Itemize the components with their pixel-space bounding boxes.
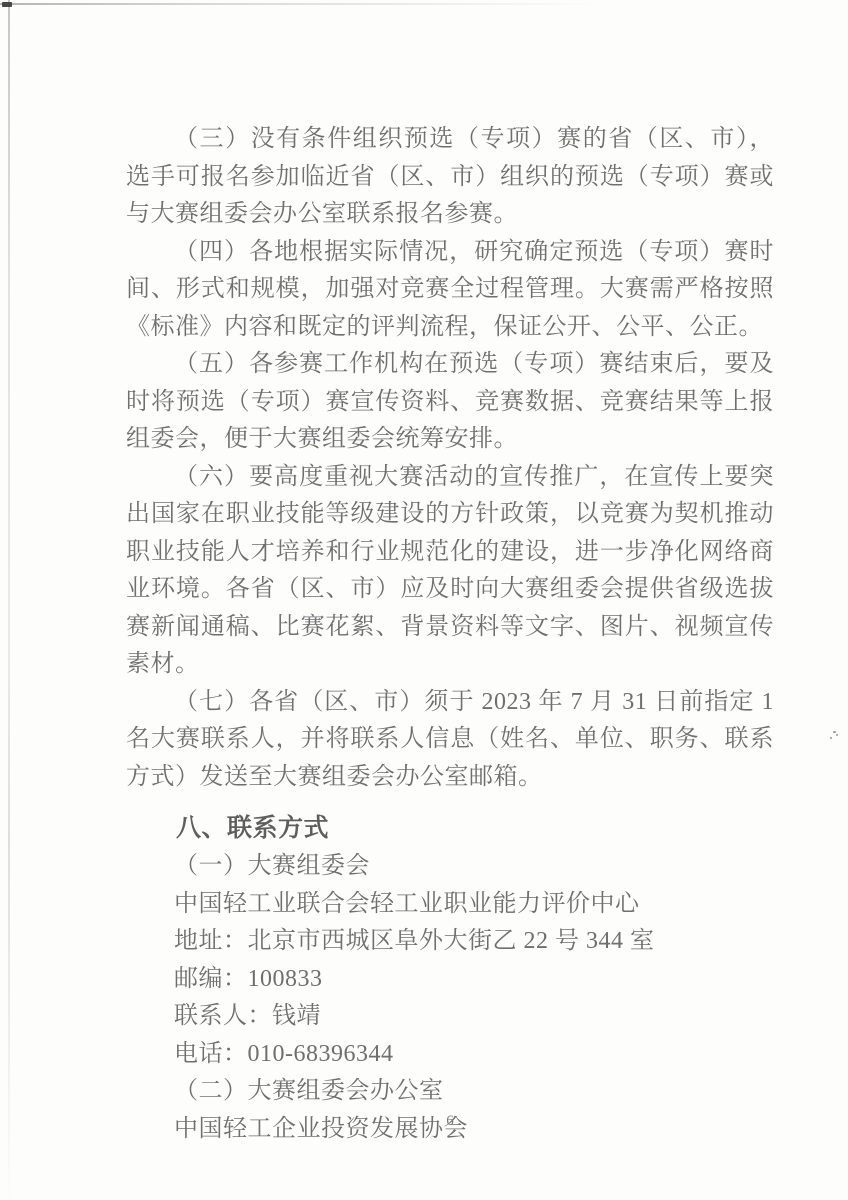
paragraph-item-5: （五）各参赛工作机构在预选（专项）赛结束后，要及时将预选（专项）赛宣传资料、竞赛… bbox=[126, 346, 774, 459]
contact-line-address: 地址：北京市西城区阜外大街乙 22 号 344 室 bbox=[126, 923, 774, 961]
section-heading-contact-info: 八、联系方式 bbox=[126, 810, 774, 848]
scan-speck bbox=[836, 734, 838, 736]
page-number: 6 bbox=[126, 1113, 774, 1130]
scanned-document-page: （三）没有条件组织预选（专项）赛的省（区、市），选手可报名参加临近省（区、市）组… bbox=[0, 0, 848, 1200]
contact-line-contact-person: 联系人：钱靖 bbox=[126, 998, 774, 1036]
contact-line-postcode: 邮编：100833 bbox=[126, 961, 774, 999]
paragraph-item-6: （六）要高度重视大赛活动的宣传推广，在宣传上要突出国家在职业技能等级建设的方针政… bbox=[126, 459, 774, 684]
contact-line-office: （二）大赛组委会办公室 bbox=[126, 1073, 774, 1111]
scan-edge-artifact-left bbox=[8, 0, 10, 1200]
document-body: （三）没有条件组织预选（专项）赛的省（区、市），选手可报名参加临近省（区、市）组… bbox=[126, 121, 774, 1148]
scan-corner-mark bbox=[2, 2, 12, 7]
paragraph-item-3: （三）没有条件组织预选（专项）赛的省（区、市），选手可报名参加临近省（区、市）组… bbox=[126, 121, 774, 234]
contact-line-committee: （一）大赛组委会 bbox=[126, 848, 774, 886]
scan-speck bbox=[833, 731, 836, 733]
contact-line-org-name: 中国轻工业联合会轻工业职业能力评价中心 bbox=[126, 886, 774, 924]
paragraph-item-4: （四）各地根据实际情况，研究确定预选（专项）赛时间、形式和规模，加强对竞赛全过程… bbox=[126, 234, 774, 347]
contact-line-phone: 电话：010-68396344 bbox=[126, 1036, 774, 1074]
scan-edge-artifact-top bbox=[0, 3, 600, 5]
scan-speck bbox=[830, 737, 832, 739]
paragraph-item-7: （七）各省（区、市）须于 2023 年 7 月 31 日前指定 1 名大赛联系人… bbox=[126, 684, 774, 797]
